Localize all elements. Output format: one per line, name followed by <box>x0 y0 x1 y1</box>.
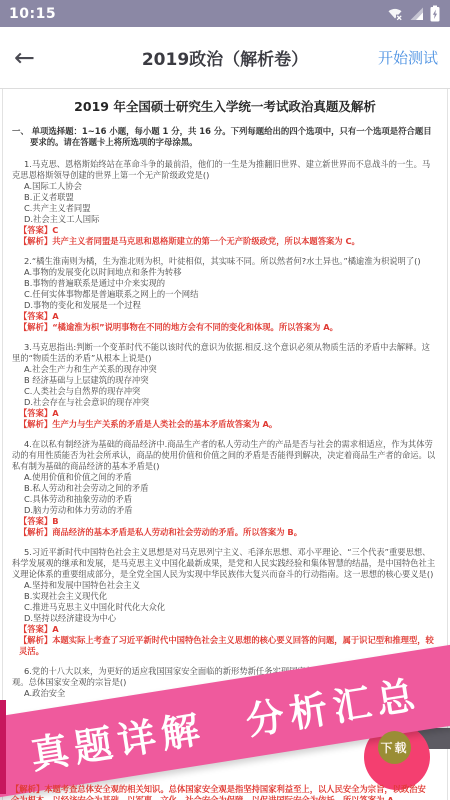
option-b: B.事物的普遍联系是通过中介来实现的 <box>12 278 438 289</box>
question-3: 3.马克思指出:判断一个变革时代不能以该时代的意识为依据.相反.这个意识必须从物… <box>12 342 438 430</box>
status-icons <box>387 5 441 22</box>
option-b: B.私人劳动和社会劳动之间的矛盾 <box>12 483 438 494</box>
question-2: 2.“橘生淮南则为橘，生为淮北则为枳，叶徒相似，其实味不同。所以然者何?水土异也… <box>12 256 438 333</box>
wifi-off-icon <box>387 6 403 21</box>
question-5: 5.习近平新时代中国特色社会主义思想是对马克思列宁主义、毛泽东思想、邓小平理论、… <box>12 547 438 657</box>
answer-line: 【答案】A <box>12 624 438 635</box>
option-d: D.社会存在与社会意识的现存冲突 <box>12 397 438 408</box>
question-6-analysis: 【解析】本题考查总体安全观的相关知识。总体国家安全观是指坚持国家利益至上，以人民… <box>11 784 445 800</box>
option-d: D.脑力劳动和体力劳动的矛盾 <box>12 505 438 516</box>
analysis-line: 【解析】生产力与生产关系的矛盾是人类社会的基本矛盾故答案为 A。 <box>12 419 438 430</box>
option-b: B.实现社会主义现代化 <box>12 591 438 602</box>
option-d: D.坚持以经济建设为中心 <box>12 613 438 624</box>
cellular-signal-icon <box>408 6 424 21</box>
option-a: A.使用价值和价值之间的矛盾 <box>12 472 438 483</box>
section-text: 单项选择题：1~16 小题，每小题 1 分，共 16 分。下列每题给出的四个选项… <box>30 126 432 147</box>
battery-charging-icon <box>429 5 441 22</box>
analysis-line: 【解析】本题考查总体安全观的相关知识。总体国家安全观是指坚持国家利益至上，以人民… <box>11 784 445 795</box>
question-1: 1.马克思、恩格斯始终站在革命斗争的最前沿，他们的一生是为推翻旧世界、建立新世界… <box>12 159 438 247</box>
section-marker: 一、 <box>12 126 29 136</box>
option-c: C.推进马克思主义中国化时代化大众化 <box>12 602 438 613</box>
option-c: C.具体劳动和抽象劳动的矛盾 <box>12 494 438 505</box>
analysis-line: 【解析】商品经济的基本矛盾是私人劳动和社会劳动的矛盾。所以答案为 B。 <box>12 527 438 538</box>
option-a: A.社会生产力和生产关系的现存冲突 <box>12 364 438 375</box>
answer-line: 【答案】C <box>12 225 438 236</box>
ribbon-text-left: 真题详解 <box>26 697 208 779</box>
option-c: C.人类社会与自然界的现存冲突 <box>12 386 438 397</box>
option-c: C.任何实体事物都是普遍联系之网上的一个网结 <box>12 289 438 300</box>
question-stem: 3.马克思指出:判断一个变革时代不能以该时代的意识为依据.相反.这个意识必须从物… <box>12 342 438 364</box>
clock: 10:15 <box>9 6 56 22</box>
exam-title: 2019 年全国硕士研究生入学统一考试政治真题及解析 <box>12 99 438 114</box>
download-badge[interactable]: 下载 <box>378 731 411 764</box>
answer-line: 【答案】A <box>12 311 438 322</box>
question-4: 4.在以私有制经济为基础的商品经济中.商品生产者的私人劳动生产的产品是否与社会的… <box>12 439 438 538</box>
ribbon-left-fold <box>0 700 6 794</box>
analysis-line-clipped: 全为根本，以经济安全为基础，以军事、文化、社会安全为保障，以促进国际安全为依托。… <box>11 795 445 800</box>
option-a: A.事物的发展变化以时间地点和条件为转移 <box>12 267 438 278</box>
section-instructions: 一、 单项选择题：1~16 小题，每小题 1 分，共 16 分。下列每题给出的四… <box>12 126 438 148</box>
status-bar: 10:15 <box>0 0 450 27</box>
option-a: A.国际工人协会 <box>12 181 438 192</box>
option-c: C.共产主义者同盟 <box>12 203 438 214</box>
app-header: ← 2019政治（解析卷） 开始测试 <box>0 27 450 89</box>
analysis-line: 【解析】本题实际上考查了习近平新时代中国特色社会主义思想的核心要义回答的问题，属… <box>12 635 438 657</box>
analysis-line: 【解析】“橘逾淮为枳”说明事物在不同的地方会有不同的变化和体现。所以答案为 A。 <box>12 322 438 333</box>
option-a: A.坚持和发展中国特色社会主义 <box>12 580 438 591</box>
question-stem: 2.“橘生淮南则为橘，生为淮北则为枳，叶徒相似，其实味不同。所以然者何?水土异也… <box>12 256 438 267</box>
answer-line: 【答案】B <box>12 516 438 527</box>
download-label: 下载 <box>380 739 408 756</box>
option-b: B 经济基础与上层建筑的现存冲突 <box>12 375 438 386</box>
question-stem: 1.马克思、恩格斯始终站在革命斗争的最前沿，他们的一生是为推翻旧世界、建立新世界… <box>12 159 438 181</box>
option-d: D.事物的变化和发展是一个过程 <box>12 300 438 311</box>
answer-line: 【答案】A <box>12 408 438 419</box>
start-test-button[interactable]: 开始测试 <box>378 27 438 88</box>
option-d: D.社会主义工人国际 <box>12 214 438 225</box>
option-b: B.正义者联盟 <box>12 192 438 203</box>
analysis-line: 【解析】共产主义者同盟是马克思和恩格斯建立的第一个无产阶级政党，所以本题答案为 … <box>12 236 438 247</box>
question-stem: 5.习近平新时代中国特色社会主义思想是对马克思列宁主义、毛泽东思想、邓小平理论、… <box>12 547 438 580</box>
question-stem: 4.在以私有制经济为基础的商品经济中.商品生产者的私人劳动生产的产品是否与社会的… <box>12 439 438 472</box>
